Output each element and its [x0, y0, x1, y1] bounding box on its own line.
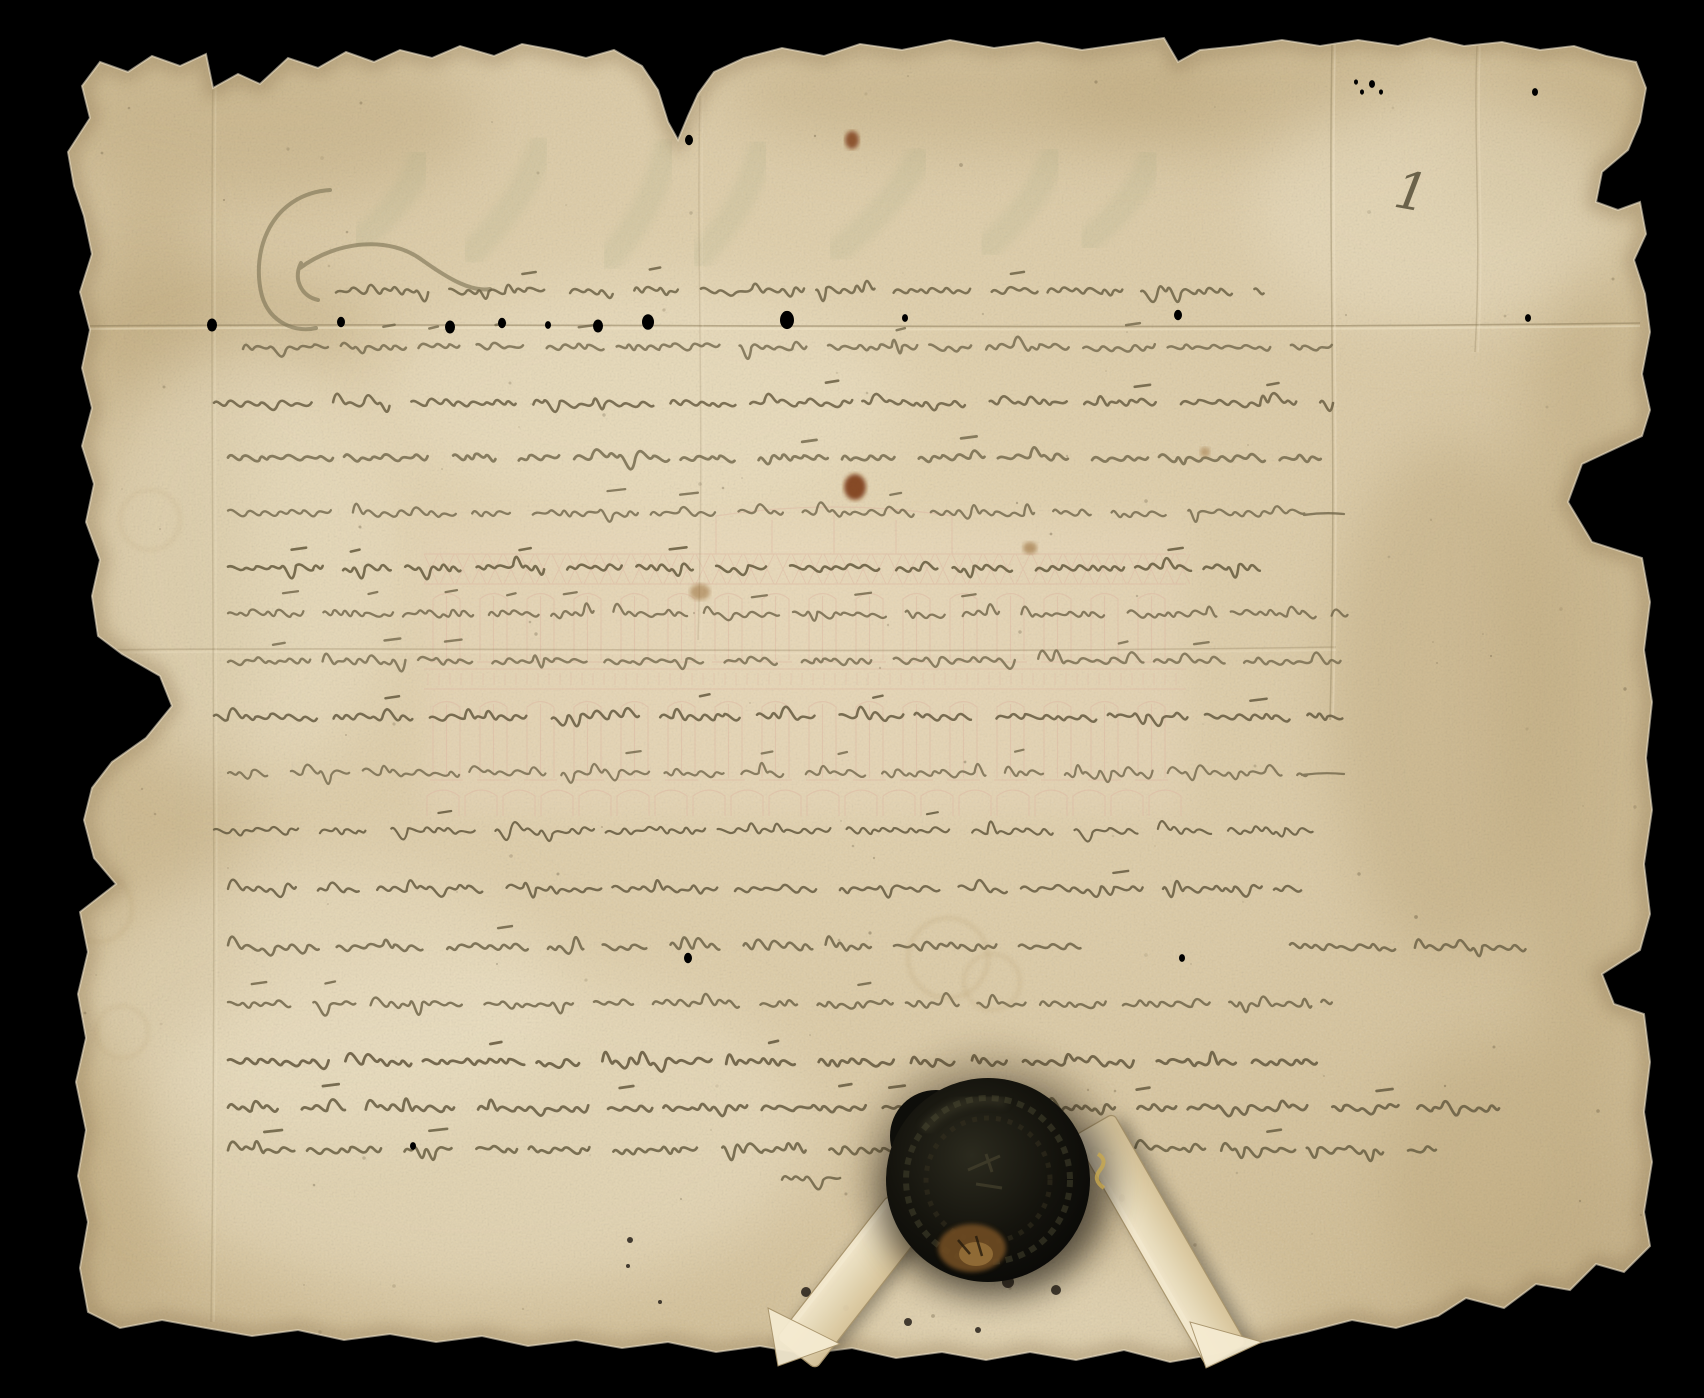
ink-blot — [1051, 1285, 1061, 1295]
speck — [1236, 1172, 1239, 1175]
speck — [879, 667, 881, 669]
speck — [1623, 687, 1626, 690]
worm-hole — [445, 321, 455, 334]
ink-blot — [627, 1237, 633, 1243]
speck — [313, 1184, 316, 1187]
speck — [534, 632, 537, 635]
speck — [101, 152, 104, 155]
speck — [1388, 556, 1391, 559]
speck — [392, 722, 395, 725]
wax-seal — [862, 1052, 1118, 1296]
speck — [121, 488, 123, 490]
speck — [1202, 723, 1203, 724]
worm-hole — [902, 314, 908, 322]
speck — [964, 761, 967, 764]
speck — [809, 1034, 811, 1036]
speck — [887, 624, 889, 626]
speck — [1247, 444, 1249, 446]
worm-hole — [1532, 88, 1538, 96]
worm-hole — [642, 314, 654, 330]
speck — [359, 526, 362, 529]
worm-hole — [207, 319, 217, 332]
speck — [584, 978, 587, 981]
rust-stain — [1200, 447, 1210, 457]
speck — [698, 482, 702, 486]
ink-blot — [975, 1327, 981, 1333]
speck — [1094, 80, 1097, 83]
speck — [327, 903, 329, 905]
speck — [1579, 1200, 1581, 1202]
speck — [1105, 370, 1107, 372]
worm-hole — [410, 1142, 416, 1150]
speck — [1559, 607, 1563, 611]
speck — [955, 1328, 956, 1329]
speck — [1323, 1075, 1325, 1077]
worm-hole — [684, 953, 692, 963]
speck — [456, 891, 458, 893]
speck — [865, 93, 868, 96]
worm-hole — [1525, 314, 1531, 322]
rust-stain — [690, 584, 710, 600]
rust-stain — [845, 131, 859, 149]
speck — [1582, 805, 1584, 807]
speck — [873, 857, 875, 859]
speck — [530, 403, 532, 405]
ink-blot — [658, 1300, 662, 1304]
speck — [1190, 963, 1192, 965]
speck — [693, 612, 695, 614]
speck — [529, 621, 532, 624]
speck — [303, 1284, 304, 1285]
speck — [1112, 835, 1115, 838]
worm-hole — [593, 320, 603, 333]
speck — [141, 788, 143, 790]
speck — [814, 135, 816, 137]
speck — [286, 147, 289, 150]
speck — [1393, 941, 1394, 942]
worm-hole — [1174, 310, 1182, 320]
rust-stain — [844, 474, 866, 500]
speck — [722, 487, 725, 490]
speck — [346, 231, 349, 234]
worm-hole — [545, 321, 551, 329]
speck — [1244, 110, 1245, 111]
speck — [298, 399, 300, 401]
manuscript-scan: 1 — [0, 0, 1704, 1398]
worm-hole — [337, 317, 345, 327]
worm-hole — [1179, 954, 1185, 962]
speck — [710, 1129, 712, 1131]
speck — [1018, 630, 1021, 633]
speck — [840, 820, 841, 821]
worm-hole — [498, 318, 506, 328]
rust-stain — [1023, 542, 1037, 554]
parchment-sheet: 1 — [0, 0, 1704, 1398]
speck — [522, 1308, 524, 1310]
speck — [1136, 595, 1138, 597]
speck — [1092, 616, 1094, 618]
speck — [907, 75, 909, 77]
speck — [159, 528, 161, 530]
speck — [1357, 872, 1360, 875]
speck — [1114, 1090, 1117, 1093]
photo-stage: 1 — [0, 0, 1704, 1398]
speck — [1430, 519, 1432, 521]
speck — [870, 287, 873, 290]
speck — [680, 1198, 682, 1200]
speck — [518, 426, 519, 427]
speck — [1065, 1056, 1068, 1059]
worm-hole — [1354, 79, 1358, 84]
speck — [1050, 533, 1053, 536]
speck — [1367, 210, 1371, 214]
speck — [345, 734, 347, 736]
speck — [1432, 641, 1434, 643]
speck — [741, 477, 743, 479]
speck — [441, 468, 443, 470]
speck — [982, 313, 984, 315]
speck — [1345, 314, 1347, 316]
speck — [601, 826, 603, 828]
speck — [602, 413, 605, 416]
worm-hole — [1379, 89, 1383, 94]
speck — [959, 163, 963, 167]
speck — [395, 1056, 397, 1058]
speck — [587, 1149, 589, 1151]
speck — [838, 939, 841, 942]
speck — [868, 931, 871, 934]
worm-hole — [1360, 89, 1364, 94]
speck — [1066, 455, 1068, 457]
speck — [227, 867, 229, 869]
speck — [840, 1107, 842, 1109]
speck — [902, 272, 903, 273]
speck — [836, 372, 838, 374]
speck — [1490, 655, 1492, 657]
speck — [557, 873, 560, 876]
speck — [223, 199, 225, 201]
speck — [1596, 1109, 1600, 1113]
speck — [1254, 765, 1257, 768]
worm-hole — [780, 311, 794, 329]
worm-hole — [685, 135, 693, 145]
speck — [1154, 845, 1155, 846]
speck — [1087, 1089, 1089, 1091]
speck — [662, 308, 665, 311]
speck — [931, 1314, 935, 1318]
speck — [1633, 805, 1636, 808]
speck — [163, 386, 166, 389]
speck — [320, 156, 324, 160]
speck — [362, 1156, 366, 1160]
speck — [1392, 107, 1395, 110]
speck — [852, 845, 855, 848]
speck — [1016, 502, 1018, 504]
speck — [1414, 915, 1418, 919]
speck — [1525, 727, 1528, 730]
speck — [866, 392, 869, 395]
speck — [1504, 315, 1507, 318]
speck — [1126, 331, 1128, 333]
speck — [1311, 1233, 1312, 1234]
speck — [715, 1084, 718, 1087]
ink-blot — [626, 1264, 630, 1268]
speck — [160, 1023, 163, 1026]
speck — [1214, 106, 1216, 108]
speck — [360, 102, 363, 105]
speck — [509, 854, 513, 858]
speck — [491, 121, 493, 123]
speck — [1436, 662, 1438, 664]
speck — [128, 107, 131, 110]
speck — [496, 963, 498, 965]
speck — [328, 265, 331, 268]
speck — [509, 382, 512, 385]
worm-hole — [1369, 80, 1375, 88]
speck — [749, 702, 750, 703]
speck — [1444, 1085, 1446, 1087]
speck — [392, 1284, 396, 1288]
speck — [1612, 278, 1615, 281]
speck — [689, 211, 692, 214]
speck — [1242, 901, 1243, 902]
speck — [565, 204, 567, 206]
speck — [1144, 499, 1148, 503]
speck — [1144, 953, 1148, 957]
speck — [1493, 1046, 1496, 1049]
speck — [845, 1193, 848, 1196]
speck — [1546, 406, 1549, 409]
speck — [589, 1154, 591, 1156]
speck — [1482, 633, 1484, 635]
speck — [537, 172, 540, 175]
speck — [154, 813, 157, 816]
ink-blot — [904, 1318, 912, 1326]
speck — [95, 974, 96, 975]
